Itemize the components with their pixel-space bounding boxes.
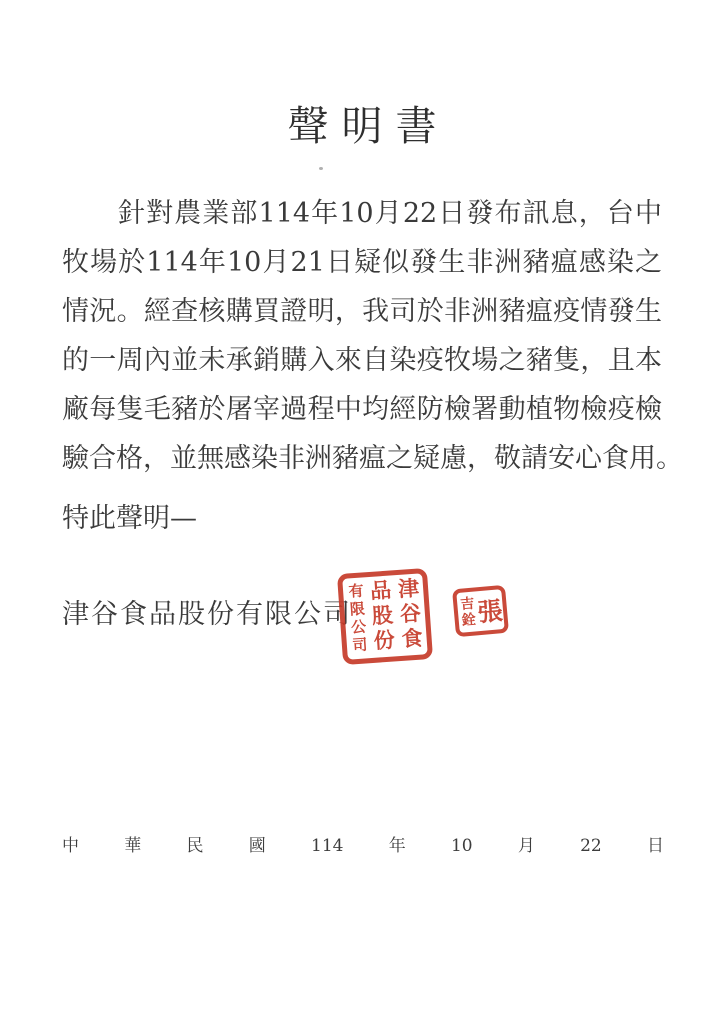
closing-statement: 特此聲明— bbox=[62, 494, 662, 543]
document-title: 聲明書 bbox=[0, 93, 724, 152]
document-body: 針對農業部114年10月22日發布訊息，台中 牧場於114年10月21日疑似發生… bbox=[62, 189, 662, 543]
body-line-4: 的一周內並未承銷購入來自染疫牧場之豬隻，且本 bbox=[62, 336, 662, 385]
date-year-value: 114 bbox=[311, 836, 343, 856]
company-seal-column-left: 有限公司 bbox=[347, 582, 367, 655]
body-line-3: 情況。經查核購買證明，我司於非洲豬瘟疫情發生 bbox=[62, 287, 662, 336]
scan-artifact-dot bbox=[319, 167, 323, 170]
date-era-char-1: 中 bbox=[62, 831, 79, 856]
company-seal-stamp: 津谷食 品股份 有限公司 bbox=[337, 568, 433, 665]
date-day-value: 22 bbox=[580, 836, 602, 856]
declaration-document: 聲明書 針對農業部114年10月22日發布訊息，台中 牧場於114年10月21日… bbox=[0, 0, 724, 1024]
personal-seal-stamp: 張 吉銓 bbox=[452, 585, 509, 637]
body-line-1: 針對農業部114年10月22日發布訊息，台中 bbox=[62, 189, 662, 238]
company-seal-column-middle: 品股份 bbox=[369, 579, 395, 655]
date-day-unit: 日 bbox=[647, 831, 664, 856]
company-name: 津谷食品股份有限公司 bbox=[62, 592, 352, 631]
body-line-6: 驗合格，並無感染非洲豬瘟之疑慮，敬請安心食用。 bbox=[62, 434, 662, 483]
personal-seal-column-right: 張 bbox=[475, 597, 502, 624]
date-month-value: 10 bbox=[451, 836, 473, 856]
date-month-unit: 月 bbox=[518, 831, 535, 856]
body-line-5: 廠每隻毛豬於屠宰過程中均經防檢署動植物檢疫檢 bbox=[62, 385, 662, 434]
company-seal-column-right: 津谷食 bbox=[397, 577, 423, 653]
body-line-2: 牧場於114年10月21日疑似發生非洲豬瘟感染之 bbox=[62, 238, 662, 287]
date-line: 中 華 民 國 114 年 10 月 22 日 bbox=[62, 831, 664, 856]
date-era-char-3: 民 bbox=[187, 831, 204, 856]
date-era-char-2: 華 bbox=[124, 831, 141, 856]
date-era-char-4: 國 bbox=[249, 831, 266, 856]
date-year-unit: 年 bbox=[389, 831, 406, 856]
